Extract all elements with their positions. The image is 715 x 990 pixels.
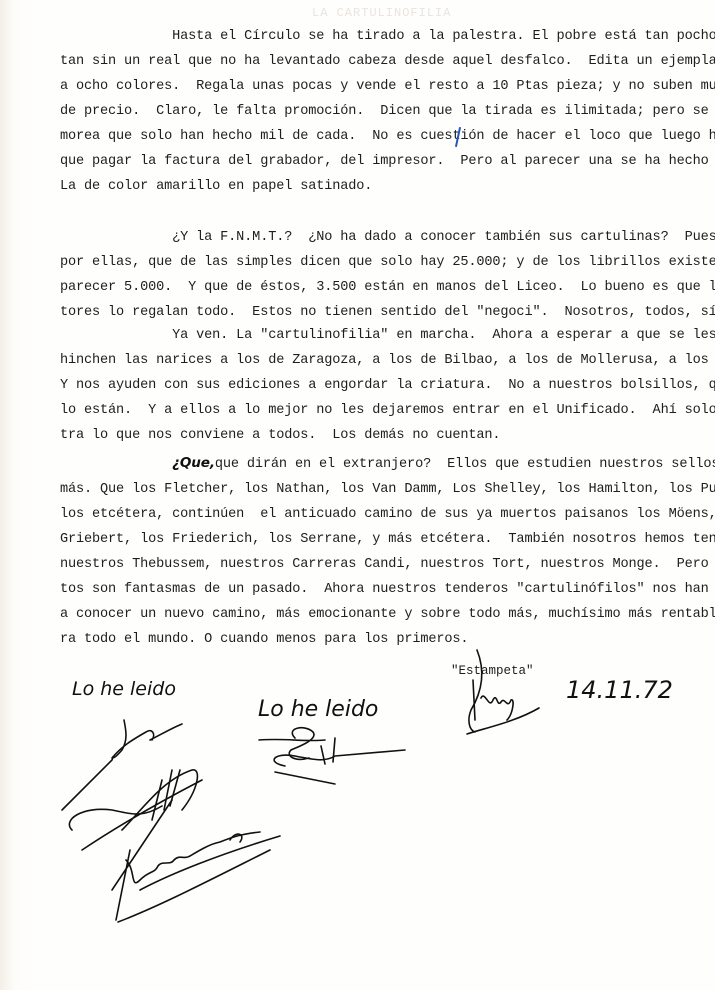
text-line: Griebert, los Friederich, los Serrane, y… (60, 527, 705, 552)
paragraph-2: ¿Y la F.N.M.T.? ¿No ha dado a conocer ta… (60, 225, 705, 325)
text-line: por ellas, que de las simples dicen que … (60, 250, 705, 275)
text-line: Ya ven. La "cartulinofilia" en marcha. A… (60, 323, 705, 348)
text-line: que pagar la factura del grabador, del i… (60, 149, 705, 174)
text-line: ¿Que,que dirán en el extranjero? Ellos q… (60, 451, 705, 477)
handwritten-date: 14.11.72 (566, 676, 673, 704)
text-line: a conocer un nuevo camino, más emocionan… (60, 602, 705, 627)
text-line: tan sin un real que no ha levantado cabe… (60, 49, 705, 74)
text-line: parecer 5.000. Y que de éstos, 3.500 est… (60, 275, 705, 300)
text-line: tra lo que nos conviene a todos. Los dem… (60, 423, 705, 448)
paragraph-3: Ya ven. La "cartulinofilia" en marcha. A… (60, 323, 705, 448)
paragraph-1: Hasta el Círculo se ha tirado a la pales… (60, 24, 705, 199)
annotation-lo-he-leido-2: Lo he leido (258, 697, 378, 722)
text-line: ¿Y la F.N.M.T.? ¿No ha dado a conocer ta… (60, 225, 705, 250)
annotation-lo-he-leido-1: Lo he leido (72, 678, 176, 700)
signature-author (455, 650, 545, 740)
document-page: LA CARTULINOFILIA Hasta el Círculo se ha… (0, 0, 715, 990)
text-line: más. Que los Fletcher, los Nathan, los V… (60, 477, 705, 502)
text-line: a ocho colores. Regala unas pocas y vend… (60, 74, 705, 99)
text-line: Hasta el Círculo se ha tirado a la pales… (60, 24, 705, 49)
show-through-heading: LA CARTULINOFILIA (312, 6, 451, 20)
text-line: nuestros Thebussem, nuestros Carreras Ca… (60, 552, 705, 577)
text-line: Y nos ayuden con sus ediciones a engorda… (60, 373, 705, 398)
text-line: ra todo el mundo. O cuando menos para lo… (60, 627, 705, 652)
text-line: tos son fantasmas de un pasado. Ahora nu… (60, 577, 705, 602)
text-line: La de color amarillo en papel satinado. (60, 174, 705, 199)
handwritten-correction: ¿Que, (172, 455, 215, 471)
text-line: lo están. Y a ellos a lo mejor no les de… (60, 398, 705, 423)
text-line: los etcétera, continúen el anticuado cam… (60, 502, 705, 527)
text-line: hinchen las narices a los de Zaragoza, a… (60, 348, 705, 373)
text-line: de precio. Claro, le falta promoción. Di… (60, 99, 705, 124)
paragraph-4: ¿Que,que dirán en el extranjero? Ellos q… (60, 451, 705, 652)
signature-4 (110, 830, 290, 930)
text-line: morea que solo han hecho mil de cada. No… (60, 124, 705, 149)
text-line: tores lo regalan todo. Estos no tienen s… (60, 300, 705, 325)
signature-2 (255, 728, 415, 788)
